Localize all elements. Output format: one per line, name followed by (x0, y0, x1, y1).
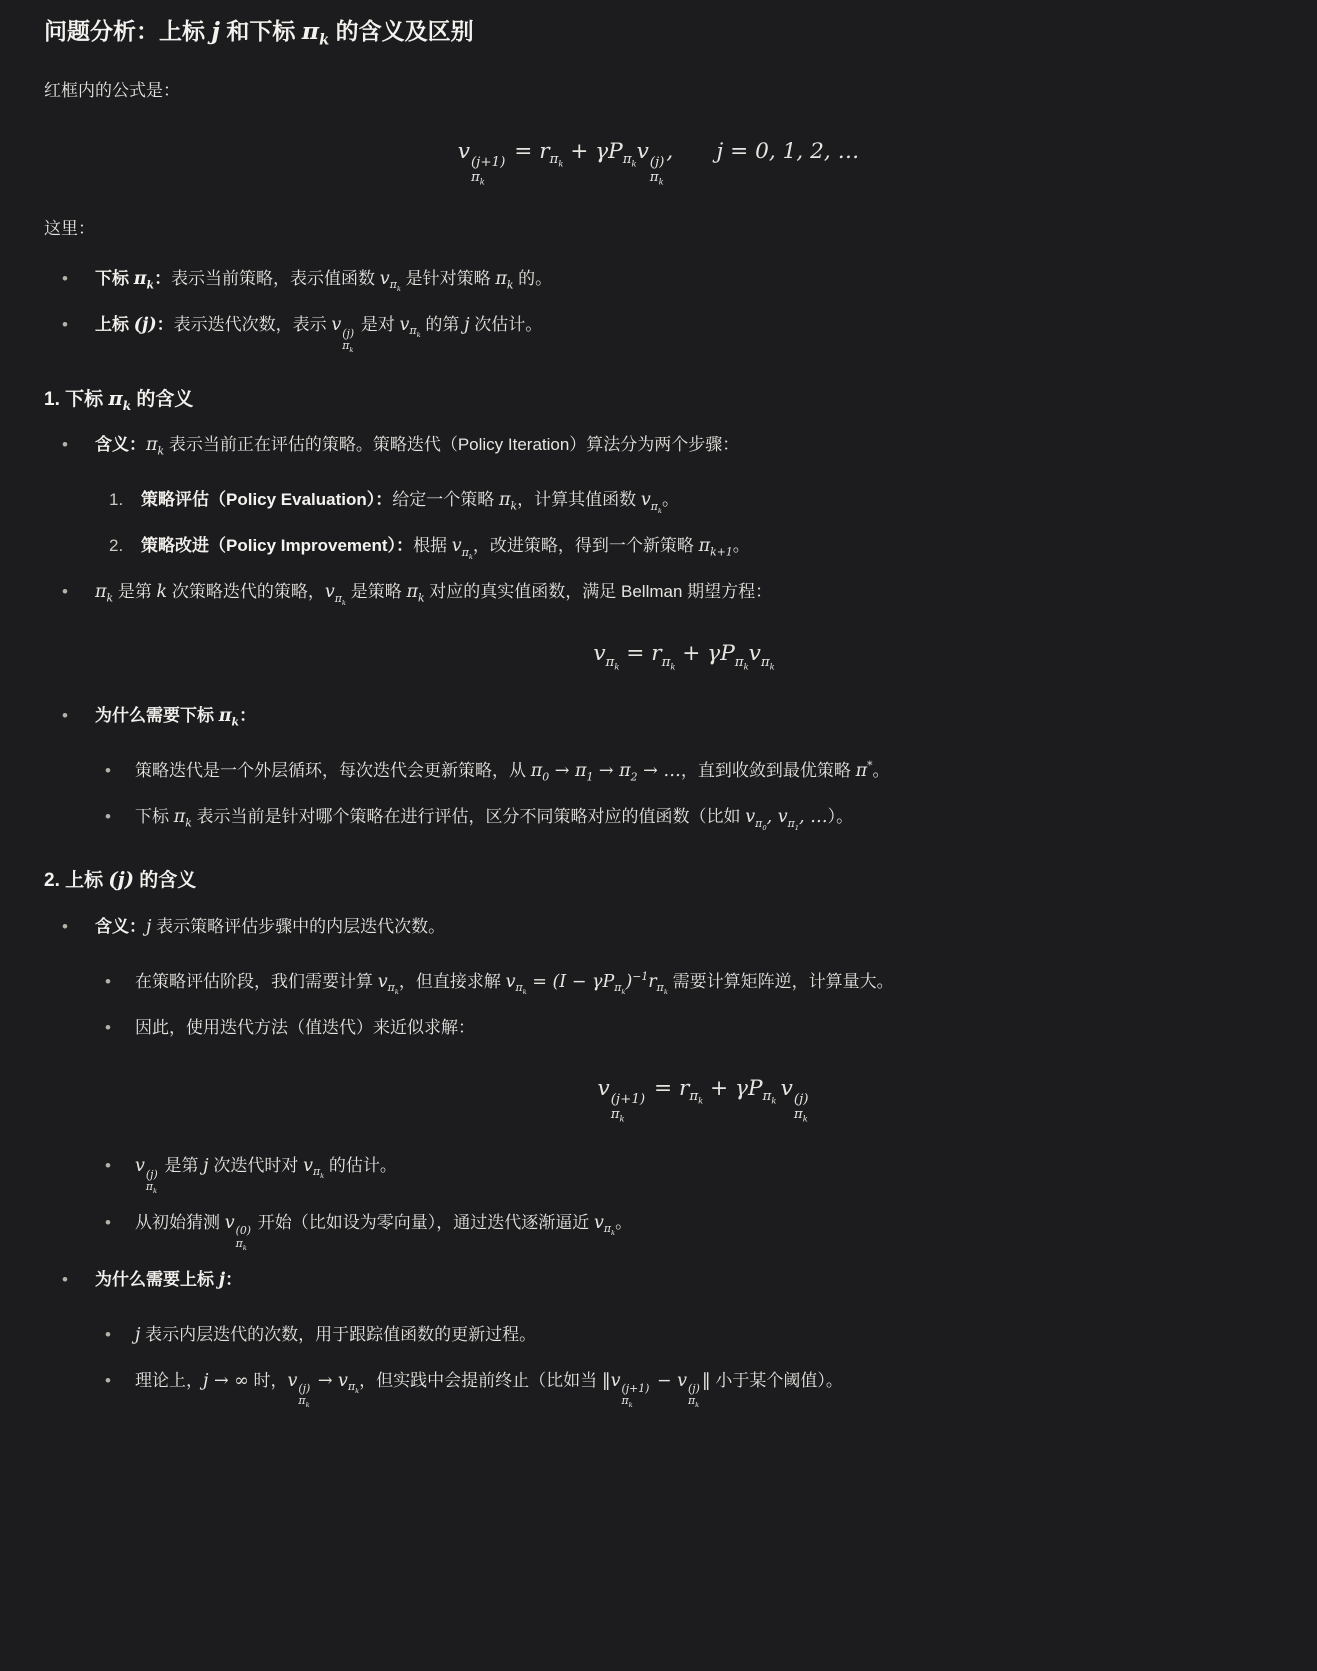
inline-math: πk (95, 582, 113, 602)
bullet-list: 策略迭代是一个外层循环，每次迭代会更新策略，从 π0 → π1 → π2 → …… (95, 754, 1273, 835)
stacked-scripts: (j)πk (146, 1169, 158, 1195)
inline-math: vπk = (I − γPπk)−1rπk (506, 972, 668, 992)
list-item: 下标 πk：表示当前策略，表示值函数 vπk 是针对策略 πk 的。 (95, 262, 1273, 297)
inline-math: j (135, 1325, 140, 1345)
list-item: 含义：πk 表示当前正在评估的策略。策略迭代（Policy Iteration）… (95, 428, 1273, 564)
page-root: { "theme": { "background": "#1c1c1e", "t… (0, 0, 1317, 1671)
inline-math: πk (108, 387, 131, 410)
bullet-list: 含义：j 表示策略评估步骤中的内层迭代次数。在策略评估阶段，我们需要计算 vπk… (44, 910, 1273, 1410)
bold-text: 含义： (95, 435, 146, 454)
inline-math: πk (499, 490, 517, 510)
inline-math: πk+1 (699, 536, 733, 556)
list-item: v(j)πk 是第 j 次迭代时对 vπk 的估计。 (135, 1149, 1273, 1195)
section-heading: 1. 下标 πk 的含义 (44, 384, 1273, 415)
formula-math: v(j+1)πk = rπk + γPπkv(j)πk, j = 0, 1, 2… (458, 139, 860, 164)
list-item: 从初始猜测 v(0)πk 开始（比如设为零向量），通过迭代逐渐逼近 vπk。 (135, 1206, 1273, 1252)
inline-math: j (203, 1156, 208, 1176)
bold-text: 为什么需要上标 j： (95, 1270, 242, 1289)
list-item-text: 策略迭代是一个外层循环，每次迭代会更新策略，从 π0 → π1 → π2 → …… (135, 761, 890, 780)
inline-math: πk (302, 17, 330, 45)
bold-text: 策略改进（Policy Improvement）： (141, 536, 413, 555)
inline-math: vπk (452, 536, 473, 556)
list-item: 策略改进（Policy Improvement）：根据 vπk，改进策略，得到一… (141, 529, 1273, 564)
inline-math: vπ0, vπ1, … (745, 807, 827, 827)
inline-math: j → ∞ (203, 1371, 249, 1391)
bold-text: 下标 πk： (95, 269, 171, 288)
inline-math: vπk (641, 490, 662, 510)
inline-math: (j) (134, 315, 157, 335)
page-title: 问题分析：上标 j 和下标 πk 的含义及区别 (44, 14, 1273, 50)
stacked-scripts: (j)πk (794, 1092, 809, 1123)
inline-math: j (211, 17, 220, 45)
formula-math: vπk = rπk + γPπkvπk (593, 641, 774, 666)
stacked-scripts: (j+1)πk (471, 155, 505, 186)
inline-math: πk (406, 582, 424, 602)
list-item-text: 为什么需要上标 j： (95, 1270, 242, 1289)
inline-math: vπk (325, 582, 346, 602)
bullet-list: 含义：πk 表示当前正在评估的策略。策略迭代（Policy Iteration）… (44, 428, 1273, 835)
stacked-scripts: (j+1)πk (622, 1383, 650, 1409)
inline-math: j (146, 917, 151, 937)
list-item: 因此，使用迭代方法（值迭代）来近似求解：v(j+1)πk = rπk + γPπ… (135, 1011, 1273, 1123)
inline-math: πk (219, 706, 239, 726)
stacked-scripts: (j)πk (298, 1383, 310, 1409)
stacked-scripts: (j)πk (650, 155, 665, 186)
inline-math: vπk (594, 1213, 615, 1233)
inline-math: vπk (378, 972, 399, 992)
inline-math: v(j)πk (331, 315, 356, 335)
list-item: 为什么需要下标 πk：策略迭代是一个外层循环，每次迭代会更新策略，从 π0 → … (95, 699, 1273, 835)
inline-math: vπk (400, 315, 421, 335)
inline-math: v(j)πk (135, 1156, 160, 1176)
stacked-scripts: (j+1)πk (611, 1092, 645, 1123)
list-item: 在策略评估阶段，我们需要计算 vπk，但直接求解 vπk = (I − γPπk… (135, 965, 1273, 1000)
list-item-text: 含义：j 表示策略评估步骤中的内层迭代次数。 (95, 917, 445, 936)
bold-text: 含义： (95, 917, 146, 936)
list-item-text: 下标 πk：表示当前策略，表示值函数 vπk 是针对策略 πk 的。 (95, 269, 552, 288)
inline-math: vπk (380, 269, 401, 289)
list-item-text: 理论上，j → ∞ 时，v(j)πk → vπk，但实践中会提前终止（比如当 ‖… (135, 1371, 843, 1390)
stacked-scripts: (0)πk (236, 1225, 251, 1251)
paragraph: 红框内的公式是： (44, 74, 1273, 108)
display-formula: vπk = rπk + γPπkvπk (95, 636, 1273, 673)
inline-math: πk (495, 269, 513, 289)
inline-math: π* (856, 761, 873, 781)
stacked-scripts: (j)πk (342, 328, 354, 354)
list-item-text: 策略评估（Policy Evaluation）：给定一个策略 πk，计算其值函数… (141, 490, 679, 509)
inline-math: π0 → π1 → π2 → … (531, 761, 681, 781)
list-item-text: j 表示内层迭代的次数，用于跟踪值函数的更新过程。 (135, 1325, 536, 1344)
inline-math: k (157, 582, 168, 602)
list-item-text: 策略改进（Policy Improvement）：根据 vπk，改进策略，得到一… (141, 536, 750, 555)
section-heading: 2. 上标 (j) 的含义 (44, 865, 1273, 896)
list-item-text: 在策略评估阶段，我们需要计算 vπk，但直接求解 vπk = (I − γPπk… (135, 972, 894, 991)
list-item-text: 下标 πk 表示当前是针对哪个策略在进行评估，区分不同策略对应的值函数（比如 v… (135, 807, 853, 826)
inline-math: πk (174, 807, 192, 827)
list-item: 上标 (j)：表示迭代次数，表示 v(j)πk 是对 vπk 的第 j 次估计。 (95, 308, 1273, 354)
list-item-text: πk 是第 k 次策略迭代的策略，vπk 是策略 πk 对应的真实值函数，满足 … (95, 582, 772, 601)
bold-text: 为什么需要下标 πk： (95, 706, 256, 725)
list-item: 理论上，j → ∞ 时，v(j)πk → vπk，但实践中会提前终止（比如当 ‖… (135, 1364, 1273, 1410)
list-item: j 表示内层迭代的次数，用于跟踪值函数的更新过程。 (135, 1318, 1273, 1353)
list-item: 策略迭代是一个外层循环，每次迭代会更新策略，从 π0 → π1 → π2 → …… (135, 754, 1273, 789)
bullet-list: j 表示内层迭代的次数，用于跟踪值函数的更新过程。理论上，j → ∞ 时，v(j… (95, 1318, 1273, 1410)
paragraph: 这里： (44, 212, 1273, 246)
inline-math: πk (134, 269, 154, 289)
inline-math: ‖v(j+1)πk − v(j)πk‖ (602, 1371, 711, 1391)
display-formula: v(j+1)πk = rπk + γPπk v(j)πk (135, 1071, 1273, 1123)
list-item-text: v(j)πk 是第 j 次迭代时对 vπk 的估计。 (135, 1156, 397, 1175)
display-formula: v(j+1)πk = rπk + γPπkv(j)πk, j = 0, 1, 2… (44, 134, 1273, 186)
message-content: 问题分析：上标 j 和下标 πk 的含义及区别红框内的公式是：v(j+1)πk … (44, 14, 1273, 1409)
list-item: 下标 πk 表示当前是针对哪个策略在进行评估，区分不同策略对应的值函数（比如 v… (135, 800, 1273, 835)
list-item-text: 从初始猜测 v(0)πk 开始（比如设为零向量），通过迭代逐渐逼近 vπk。 (135, 1213, 632, 1232)
inline-math: (j) (108, 868, 134, 891)
bold-text: 上标 (j)： (95, 315, 174, 334)
bullet-list: 下标 πk：表示当前策略，表示值函数 vπk 是针对策略 πk 的。上标 (j)… (44, 262, 1273, 354)
list-item: 策略评估（Policy Evaluation）：给定一个策略 πk，计算其值函数… (141, 483, 1273, 518)
stacked-scripts: (j)πk (688, 1383, 700, 1409)
list-item-text: 为什么需要下标 πk： (95, 706, 256, 725)
inline-math: πk (146, 435, 164, 455)
list-item: πk 是第 k 次策略迭代的策略，vπk 是策略 πk 对应的真实值函数，满足 … (95, 575, 1273, 673)
inline-math: v(j)πk → vπk (288, 1371, 360, 1391)
list-item-text: 上标 (j)：表示迭代次数，表示 v(j)πk 是对 vπk 的第 j 次估计。 (95, 315, 542, 334)
bold-text: 策略评估（Policy Evaluation）： (141, 490, 392, 509)
ordered-list: 策略评估（Policy Evaluation）：给定一个策略 πk，计算其值函数… (95, 483, 1273, 564)
bullet-list: 在策略评估阶段，我们需要计算 vπk，但直接求解 vπk = (I − γPπk… (95, 965, 1273, 1252)
list-item-text: 因此，使用迭代方法（值迭代）来近似求解： (135, 1018, 475, 1037)
inline-math: v(0)πk (225, 1213, 253, 1233)
list-item: 为什么需要上标 j：j 表示内层迭代的次数，用于跟踪值函数的更新过程。理论上，j… (95, 1263, 1273, 1410)
list-item: 含义：j 表示策略评估步骤中的内层迭代次数。在策略评估阶段，我们需要计算 vπk… (95, 910, 1273, 1252)
inline-math: vπk (303, 1156, 324, 1176)
inline-math: j (219, 1270, 225, 1290)
list-item-text: 含义：πk 表示当前正在评估的策略。策略迭代（Policy Iteration）… (95, 435, 739, 454)
formula-math: v(j+1)πk = rπk + γPπk v(j)πk (597, 1076, 810, 1101)
inline-math: j (464, 315, 469, 335)
